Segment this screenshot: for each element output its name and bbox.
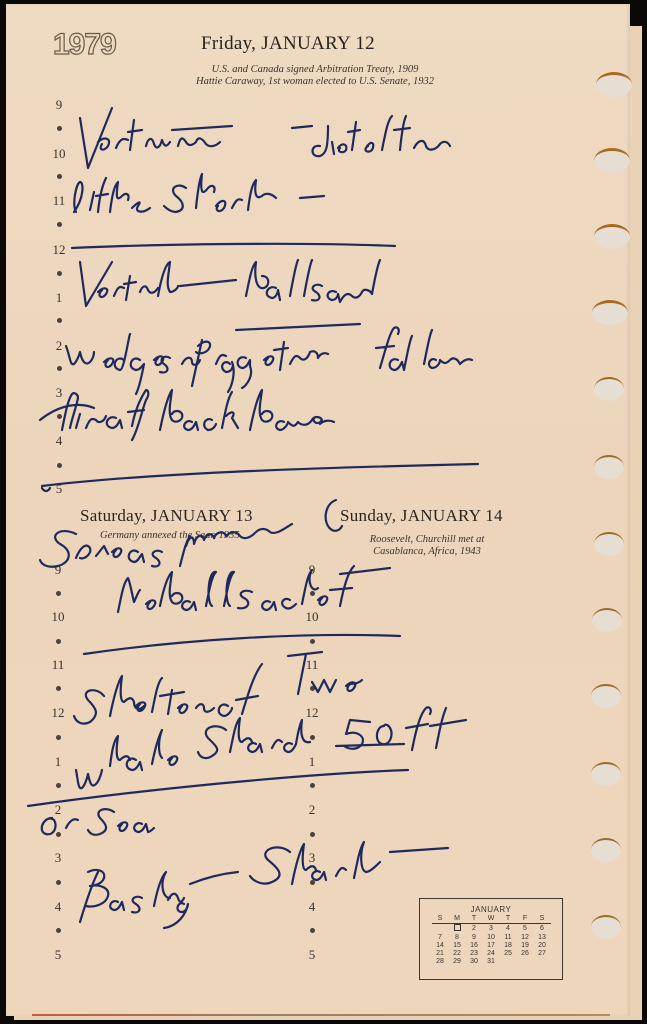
- calendar-day: 9: [466, 934, 483, 942]
- calendar-day: 30: [466, 958, 483, 966]
- calendar-day: 15: [449, 942, 466, 950]
- calendar-day: 8: [449, 934, 466, 942]
- handwritten-line: Vertebrae – ball socket: [78, 258, 426, 293]
- half-hour-dot: [56, 928, 61, 933]
- calendar-day: 2: [466, 924, 483, 935]
- calendar-day: 4: [500, 924, 517, 935]
- half-hour-dot: [56, 880, 61, 885]
- page-edge-line: [32, 1014, 610, 1016]
- mini-calendar-grid: S M T W T F S 2 3 4 5 6 7 8 9: [432, 915, 551, 966]
- hour-label: 11: [47, 657, 69, 673]
- half-hour-dot: [56, 639, 61, 644]
- calendar-day: 18: [500, 942, 517, 950]
- saturday-title: Saturday, JANUARY 13: [80, 506, 253, 526]
- hour-label: 9: [48, 97, 70, 113]
- hour-label: 9: [47, 562, 69, 578]
- half-hour-dot: [310, 832, 315, 837]
- calendar-day: [534, 958, 551, 966]
- sunday-title: Sunday, JANUARY 14: [340, 506, 503, 526]
- calendar-day: 11: [500, 934, 517, 942]
- hour-label: 11: [301, 657, 323, 673]
- binder-hole-icon: [591, 762, 621, 786]
- weekday-label: T: [500, 915, 517, 924]
- mini-calendar: JANUARY S M T W T F S 2 3 4 5 6: [419, 898, 563, 980]
- calendar-day: 17: [483, 942, 500, 950]
- calendar-day: 19: [517, 942, 534, 950]
- calendar-day: 23: [466, 950, 483, 958]
- handwritten-line: Skeleton of Two: [74, 676, 318, 711]
- friday-event-2: Hattie Caraway, 1st woman elected to U.S…: [170, 76, 460, 88]
- handwritten-line: wedges projection follow: [66, 330, 447, 365]
- sunday-event-2: Casablanca, Africa, 1943: [352, 546, 502, 558]
- half-hour-dot: [310, 928, 315, 933]
- calendar-day: 13: [534, 934, 551, 942]
- weekday-label: F: [517, 915, 534, 924]
- calendar-day: 16: [466, 942, 483, 950]
- calendar-day: 27: [534, 950, 551, 958]
- hour-label: 12: [48, 242, 70, 258]
- calendar-day: 7: [432, 934, 449, 942]
- calendar-day: 5: [517, 924, 534, 935]
- calendar-day: 25: [500, 950, 517, 958]
- weekday-label: M: [449, 915, 466, 924]
- year-label: 1979: [53, 28, 116, 62]
- handwritten-line: no ball socket: [116, 574, 327, 609]
- half-hour-dot: [57, 318, 62, 323]
- hour-label: 5: [301, 947, 323, 963]
- binder-hole-icon: [592, 608, 622, 632]
- hour-label: 2: [301, 802, 323, 818]
- binder-hole-icon: [591, 838, 621, 862]
- hour-label: 11: [48, 193, 70, 209]
- date-box-icon: [454, 924, 461, 931]
- calendar-day: 26: [517, 950, 534, 958]
- calendar-day: [449, 924, 466, 935]
- hour-label: 1: [48, 290, 70, 306]
- half-hour-dot: [57, 174, 62, 179]
- hour-label: 4: [48, 433, 70, 449]
- binder-hole-icon: [592, 300, 628, 325]
- calendar-day: 21: [432, 950, 449, 958]
- handwritten-line: line of back bone: [40, 396, 300, 431]
- binder-hole-icon: [591, 684, 621, 708]
- half-hour-dot: [56, 686, 61, 691]
- friday-title: Friday, JANUARY 12: [201, 33, 375, 55]
- calendar-day: 28: [432, 958, 449, 966]
- calendar-day: 12: [517, 934, 534, 942]
- calendar-day: 31: [483, 958, 500, 966]
- binder-hole-icon: [594, 455, 624, 479]
- handwritten-line: like Shark –: [74, 178, 253, 213]
- calendar-day: 22: [449, 950, 466, 958]
- mini-calendar-month: JANUARY: [420, 905, 562, 914]
- binder-hole-icon: [594, 377, 624, 401]
- hour-label: 10: [48, 146, 70, 162]
- calendar-day: [500, 958, 517, 966]
- sunday-event-1: Roosevelt, Churchill met at: [352, 534, 502, 546]
- calendar-day: 29: [449, 958, 466, 966]
- calendar-day: 24: [483, 950, 500, 958]
- calendar-day: [517, 958, 534, 966]
- weekday-label: W: [483, 915, 500, 924]
- half-hour-dot: [57, 126, 62, 131]
- half-hour-dot: [57, 463, 62, 468]
- friday-event-1: U.S. and Canada signed Arbitration Treat…: [180, 64, 450, 76]
- hour-label: 5: [48, 481, 70, 497]
- hour-label: 4: [301, 899, 323, 915]
- hour-label: 12: [47, 705, 69, 721]
- half-hour-dot: [56, 591, 61, 596]
- half-hour-dot: [310, 639, 315, 644]
- hour-label: 1: [47, 754, 69, 770]
- calendar-day: 10: [483, 934, 500, 942]
- weekday-label: S: [534, 915, 551, 924]
- weekday-label: T: [466, 915, 483, 924]
- hour-label: 4: [47, 899, 69, 915]
- calendar-day: [432, 924, 449, 935]
- handwritten-line: or Sea: [40, 806, 138, 841]
- half-hour-dot: [56, 735, 61, 740]
- half-hour-dot: [57, 271, 62, 276]
- binder-hole-icon: [596, 72, 632, 97]
- hour-label: 10: [47, 609, 69, 625]
- calendar-day: 3: [483, 924, 500, 935]
- handwritten-line: Basking Shark –: [80, 850, 326, 885]
- calendar-day: 14: [432, 942, 449, 950]
- calendar-day: 20: [534, 942, 551, 950]
- half-hour-dot: [57, 366, 62, 371]
- handwritten-line: Same as Mammal: [40, 528, 310, 563]
- binder-hole-icon: [591, 915, 621, 939]
- hour-label: 10: [301, 609, 323, 625]
- half-hour-dot: [310, 783, 315, 788]
- half-hour-dot: [57, 222, 62, 227]
- binder-hole-icon: [594, 148, 630, 173]
- handwritten-line: Whale Sharks 50 ft: [76, 726, 367, 761]
- handwritten-line: Vertebrae – disks like: [78, 108, 405, 143]
- calendar-day: 6: [534, 924, 551, 935]
- hour-label: 3: [47, 850, 69, 866]
- binder-hole-icon: [594, 224, 630, 249]
- binder-hole-icon: [594, 532, 624, 556]
- weekday-label: S: [432, 915, 449, 924]
- half-hour-dot: [56, 783, 61, 788]
- hour-label: 5: [47, 947, 69, 963]
